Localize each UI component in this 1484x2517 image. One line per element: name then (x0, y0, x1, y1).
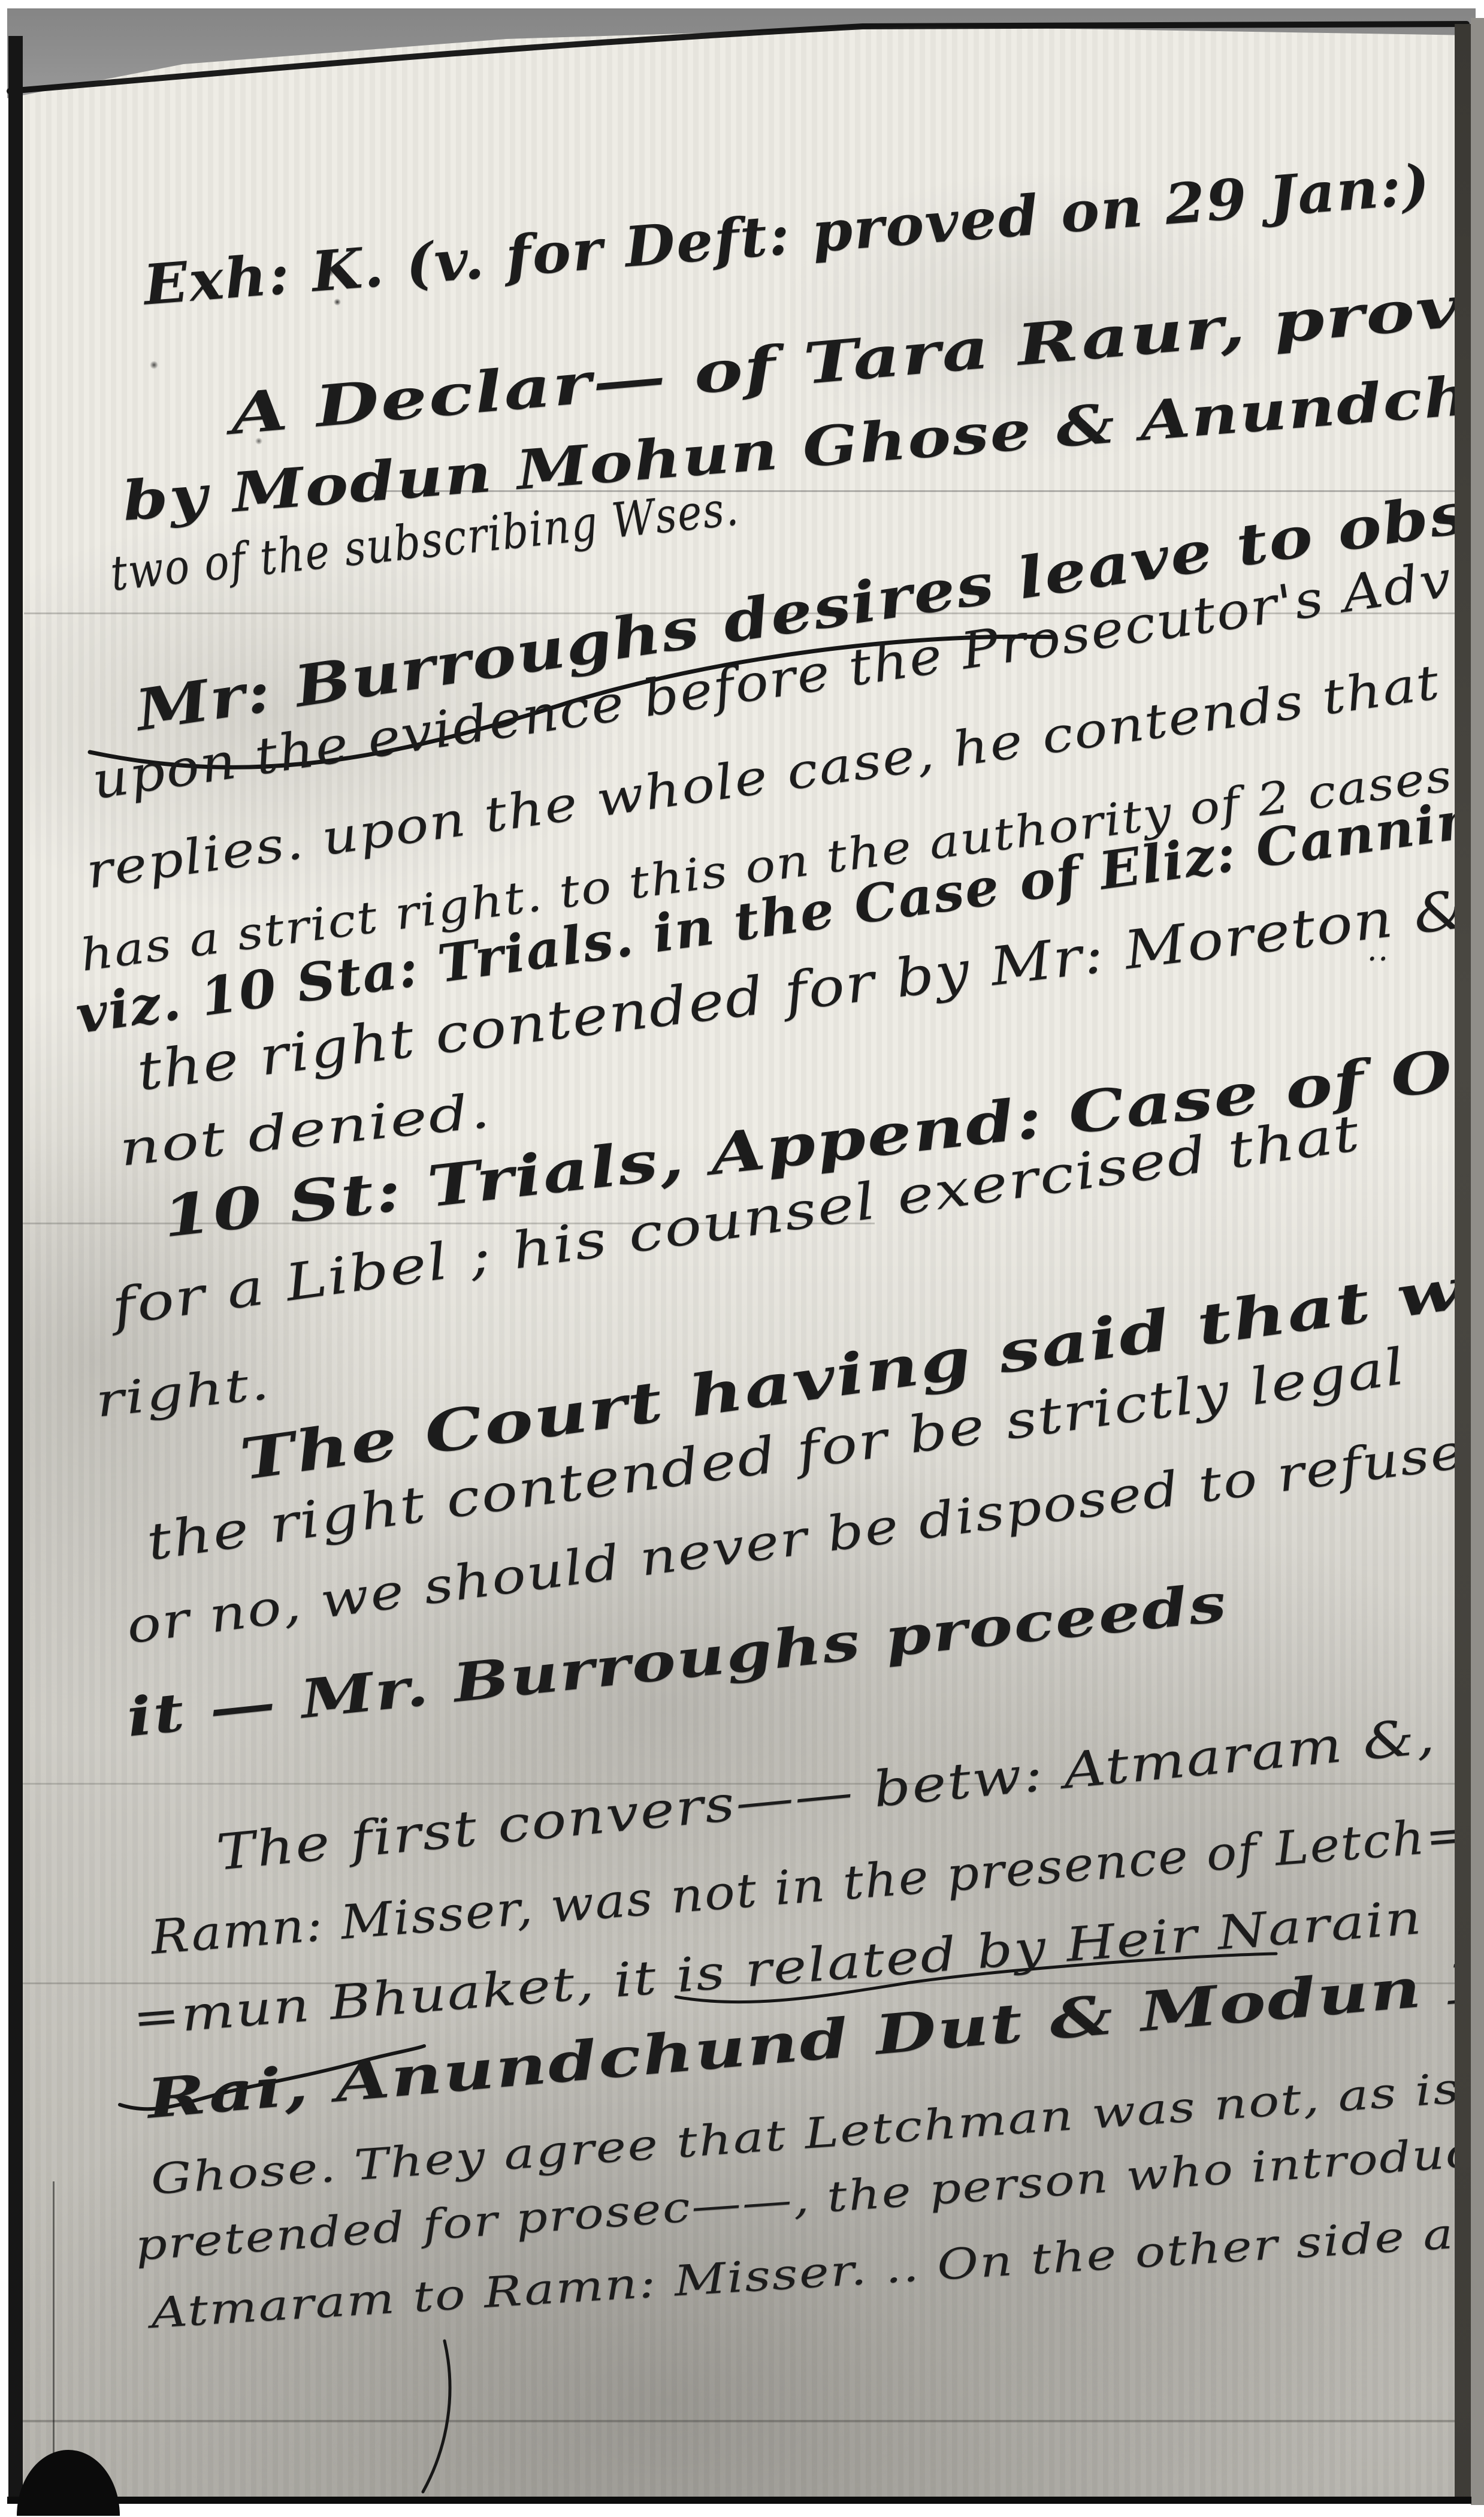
scan-right-margin (1471, 18, 1484, 2505)
scanned-page: Exh: K. (v. for Deft: proved on 29 Jan:)… (0, 0, 1484, 2517)
manuscript-line: ·· (1367, 944, 1389, 975)
page-right-edge (1455, 24, 1471, 2503)
page-bottom-edge (7, 2497, 1471, 2504)
paper-fold-line (53, 2181, 55, 2499)
manuscript-line: Exh: K. (v. for Deft: proved on 29 Jan:) (141, 156, 1432, 313)
page-left-edge (8, 36, 23, 2504)
manuscript-line: right. (93, 1360, 273, 1424)
manuscript-lines: Exh: K. (v. for Deft: proved on 29 Jan:)… (0, 0, 1484, 2517)
